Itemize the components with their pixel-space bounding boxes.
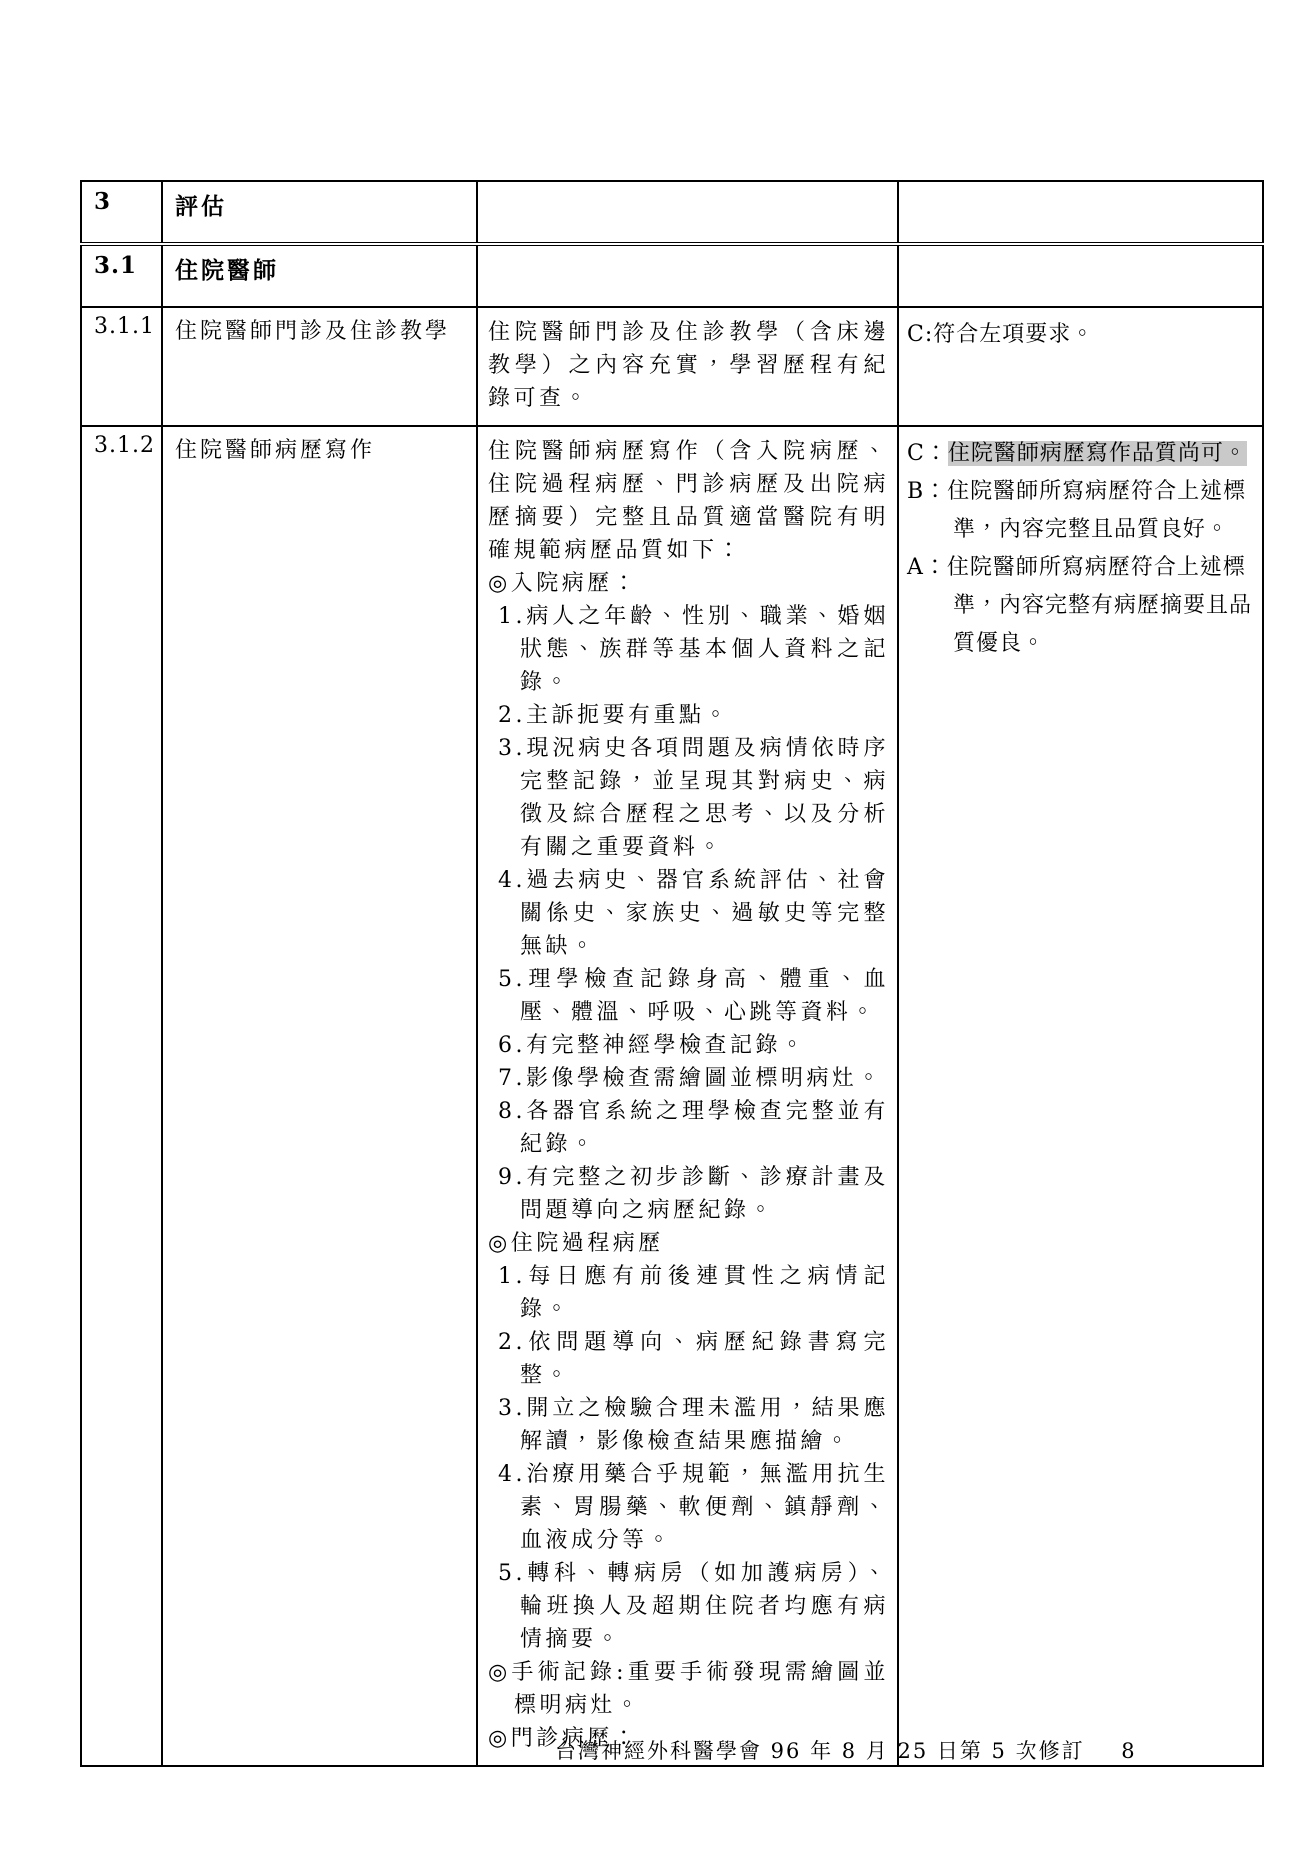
description-item: 7.影像學檢查需繪圖並標明病灶。 xyxy=(520,1062,889,1095)
row-grading-cell xyxy=(898,181,1263,244)
evaluation-table: 3評估3.1住院醫師3.1.1住院醫師門診及住診教學住院醫師門診及住診教學（含床… xyxy=(80,180,1264,1767)
description-item: 8.各器官系統之理學檢查完整並有紀錄。 xyxy=(520,1095,889,1161)
description-item: 6.有完整神經學檢查記錄。 xyxy=(520,1029,889,1062)
grade-label: C： xyxy=(907,441,948,466)
grade-text: 住院醫師所寫病歷符合上述標準，內容完整且品質良好。 xyxy=(947,479,1246,542)
grade-item: A：住院醫師所寫病歷符合上述標準，內容完整有病歷摘要且品質優良。 xyxy=(907,549,1254,663)
row-description-cell: 住院醫師病歷寫作（含入院病歷、住院過程病歷、門診病歷及出院病歷摘要）完整且品質適… xyxy=(477,426,898,1766)
row-grading-cell xyxy=(898,244,1263,307)
row-number-cell: 3 xyxy=(81,181,162,244)
description-item: 3.現況病史各項問題及病情依時序完整記錄，並呈現其對病史、病徵及綜合歷程之思考、… xyxy=(520,732,889,864)
row-description-cell xyxy=(477,181,898,244)
description-item: 9.有完整之初步診斷、診療計畫及問題導向之病歷紀錄。 xyxy=(520,1161,889,1227)
description-item: 3.開立之檢驗合理未濫用，結果應解讀，影像檢查結果應描繪。 xyxy=(520,1392,889,1458)
grade-item: C：住院醫師病歷寫作品質尚可。 xyxy=(907,435,1254,473)
row-title-cell: 評估 xyxy=(162,181,477,244)
row-title-cell: 住院醫師 xyxy=(162,244,477,307)
description-section: ◎住院過程病歷 xyxy=(514,1227,889,1260)
table-row: 3.1.1住院醫師門診及住診教學住院醫師門診及住診教學（含床邊教學）之內容充實，… xyxy=(81,307,1263,426)
row-title-cell: 住院醫師門診及住診教學 xyxy=(162,307,477,426)
document-page: { "table": { "rows": [ { "num": "3", "ti… xyxy=(0,0,1309,1851)
grade-label: C: xyxy=(907,322,933,347)
description-item: 4.過去病史、器官系統評估、社會關係史、家族史、過敏史等完整無缺。 xyxy=(520,864,889,963)
description-item: 5.轉科、轉病房（如加護病房）、輪班換人及超期住院者均應有病情摘要。 xyxy=(520,1557,889,1656)
row-description-cell: 住院醫師門診及住診教學（含床邊教學）之內容充實，學習歷程有紀錄可查。 xyxy=(477,307,898,426)
description-section: ◎手術記錄:重要手術發現需繪圖並標明病灶。 xyxy=(514,1656,889,1722)
table-row: 3.1住院醫師 xyxy=(81,244,1263,307)
description-item: 1.病人之年齡、性別、職業、婚姻狀態、族群等基本個人資料之記錄。 xyxy=(520,600,889,699)
description-para: 住院醫師病歷寫作（含入院病歷、住院過程病歷、門診病歷及出院病歷摘要）完整且品質適… xyxy=(488,435,889,567)
row-number-cell: 3.1.2 xyxy=(81,426,162,1766)
grade-text: 住院醫師所寫病歷符合上述標準，內容完整有病歷摘要且品質優良。 xyxy=(947,555,1252,656)
description-item: 2.主訴扼要有重點。 xyxy=(520,699,889,732)
description-item: 5.理學檢查記錄身高、體重、血壓、體溫、呼吸、心跳等資料。 xyxy=(520,963,889,1029)
page-number: 8 xyxy=(1121,1739,1134,1763)
description-section: ◎入院病歷： xyxy=(514,567,889,600)
description-item: 4.治療用藥合乎規範，無濫用抗生素、胃腸藥、軟便劑、鎮靜劑、血液成分等。 xyxy=(520,1458,889,1557)
grade-label: A： xyxy=(907,555,947,580)
page-footer: 台灣神經外科醫學會 96 年 8 月 25 日第 5 次修訂 8 xyxy=(555,1735,1135,1765)
row-description-cell xyxy=(477,244,898,307)
grade-item: C:符合左項要求。 xyxy=(907,316,1254,354)
description-item: 1.每日應有前後連貫性之病情記錄。 xyxy=(520,1260,889,1326)
row-grading-cell: C:符合左項要求。 xyxy=(898,307,1263,426)
grade-text: 符合左項要求。 xyxy=(933,322,1094,347)
table-row: 3評估 xyxy=(81,181,1263,244)
row-number-cell: 3.1 xyxy=(81,244,162,307)
footer-revision-text: 台灣神經外科醫學會 96 年 8 月 25 日第 5 次修訂 xyxy=(555,1739,1085,1763)
grade-text: 住院醫師病歷寫作品質尚可。 xyxy=(948,441,1247,466)
description-para: 住院醫師門診及住診教學（含床邊教學）之內容充實，學習歷程有紀錄可查。 xyxy=(488,316,889,415)
grade-item: B：住院醫師所寫病歷符合上述標準，內容完整且品質良好。 xyxy=(907,473,1254,549)
table-row: 3.1.2住院醫師病歷寫作住院醫師病歷寫作（含入院病歷、住院過程病歷、門診病歷及… xyxy=(81,426,1263,1766)
row-grading-cell: C：住院醫師病歷寫作品質尚可。B：住院醫師所寫病歷符合上述標準，內容完整且品質良… xyxy=(898,426,1263,1766)
evaluation-table-body: 3評估3.1住院醫師3.1.1住院醫師門診及住診教學住院醫師門診及住診教學（含床… xyxy=(81,181,1263,1766)
row-number-cell: 3.1.1 xyxy=(81,307,162,426)
grade-label: B： xyxy=(907,479,947,504)
row-title-cell: 住院醫師病歷寫作 xyxy=(162,426,477,1766)
description-item: 2.依問題導向、病歷紀錄書寫完整。 xyxy=(520,1326,889,1392)
